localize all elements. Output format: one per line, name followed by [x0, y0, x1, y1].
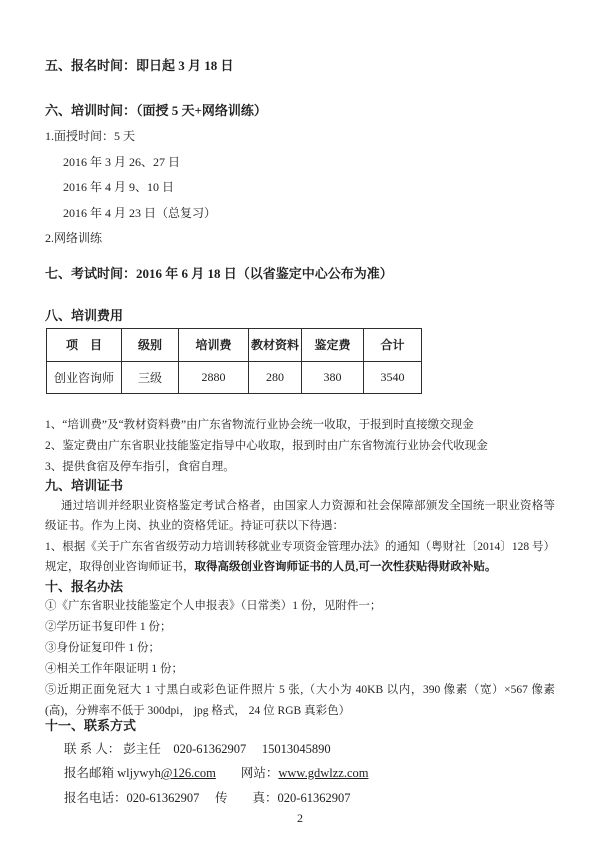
application-items: ①《广东省职业技能鉴定个人申报表》（日常类）1 份，见附件一； ②学历证书复印件…	[45, 596, 555, 722]
fee-note-3: 3、提供食宿及停车指引，食宿自理。	[45, 457, 555, 478]
page-number: 2	[45, 810, 555, 826]
contact-person-line: 联 系 人： 彭主任 020-61362907 15013045890	[45, 737, 555, 762]
application-item-2: ②学历证书复印件 1 份；	[45, 617, 555, 638]
fee-notes: 1、“培训费”及“教材资料费”由广东省物流行业协会统一收取，于报到时直接缴交现金…	[45, 415, 555, 478]
fee-table-header-appraisal-fee: 鉴定费	[302, 328, 364, 361]
contact-block: 联 系 人： 彭主任 020-61362907 15013045890 报名邮箱…	[45, 737, 555, 811]
fee-cell-training-fee: 2880	[179, 361, 249, 393]
section-6-heading: 六、培训时间：（面授 5 天+网络训练）	[45, 103, 555, 119]
training-date-line: 2016 年 3 月 26、27 日	[45, 150, 555, 176]
fee-table-header-level: 级别	[122, 328, 179, 361]
fee-table-header-training-fee: 培训费	[179, 328, 249, 361]
fee-cell-item: 创业咨询师	[47, 361, 122, 393]
contact-email-line: 报名邮箱 wljywyh@126.com 网站：www.gdwlzz.com	[45, 761, 555, 786]
application-item-1: ①《广东省职业技能鉴定个人申报表》（日常类）1 份，见附件一；	[45, 596, 555, 617]
document-page: 五、报名时间：即日起 3 月 18 日 六、培训时间：（面授 5 天+网络训练）…	[0, 0, 600, 848]
fee-cell-total: 3540	[364, 361, 422, 393]
application-item-3: ③身份证复印件 1 份；	[45, 638, 555, 659]
network-training-line: 2.网络训练	[45, 226, 555, 252]
section-10-heading: 十、报名办法	[45, 579, 555, 595]
fee-table-header-row: 项 目 级别 培训费 教材资料 鉴定费 合计	[47, 328, 422, 361]
training-date-line: 2016 年 4 月 9、10 日	[45, 175, 555, 201]
section-7-heading: 七、考试时间：2016 年 6 月 18 日（以省鉴定中心公布为准）	[45, 266, 555, 282]
application-item-4: ④相关工作年限证明 1 份；	[45, 659, 555, 680]
fee-table-header-item: 项 目	[47, 328, 122, 361]
fee-cell-materials: 280	[249, 361, 302, 393]
section-9-body: 通过培训并经职业资格鉴定考试合格者，由国家人力资源和社会保障部颁发全国统一职业资…	[45, 496, 555, 578]
website-link[interactable]: www.gdwlzz.com	[278, 766, 368, 780]
fee-table-data-row: 创业咨询师 三级 2880 280 380 3540	[47, 361, 422, 393]
email-link[interactable]: @126.com	[161, 766, 216, 780]
section-8-heading: 八、培训费用	[45, 308, 555, 324]
fee-table: 项 目 级别 培训费 教材资料 鉴定费 合计 创业咨询师 三级 2880 280…	[46, 328, 422, 394]
website-label: 网站：	[216, 766, 279, 780]
training-date-line: 2016 年 4 月 23 日（总复习）	[45, 201, 555, 227]
fee-table-header-materials: 教材资料	[249, 328, 302, 361]
section-5-heading: 五、报名时间：即日起 3 月 18 日	[45, 58, 555, 74]
face-training-time-line: 1.面授时间：5 天	[45, 124, 555, 150]
fee-note-1: 1、“培训费”及“教材资料费”由广东省物流行业协会统一收取，于报到时直接缴交现金	[45, 415, 555, 436]
section-9-heading: 九、培训证书	[45, 478, 555, 494]
subsidy-paragraph: 1、根据《关于广东省省级劳动力培训转移就业专项资金管理办法》的通知（粤财社〔20…	[45, 537, 555, 578]
fee-table-header-total: 合计	[364, 328, 422, 361]
section-6-body: 1.面授时间：5 天 2016 年 3 月 26、27 日 2016 年 4 月…	[45, 124, 555, 252]
contact-phone-fax-line: 报名电话：020-61362907 传 真：020-61362907	[45, 786, 555, 811]
fee-cell-level: 三级	[122, 361, 179, 393]
fee-cell-appraisal-fee: 380	[302, 361, 364, 393]
fee-note-2: 2、鉴定费由广东省职业技能鉴定指导中心收取，报到时由广东省物流行业协会代收现金	[45, 436, 555, 457]
certificate-paragraph: 通过培训并经职业资格鉴定考试合格者，由国家人力资源和社会保障部颁发全国统一职业资…	[45, 496, 555, 537]
application-item-5: ⑤近期正面免冠大 1 寸黑白或彩色证件照片 5 张,（大小为 40KB 以内，3…	[45, 680, 555, 722]
email-label: 报名邮箱 wljywyh	[64, 766, 161, 780]
subsidy-text-bold: 取得高级创业咨询师证书的人员,可一次性获贴得财政补贴。	[195, 561, 497, 573]
